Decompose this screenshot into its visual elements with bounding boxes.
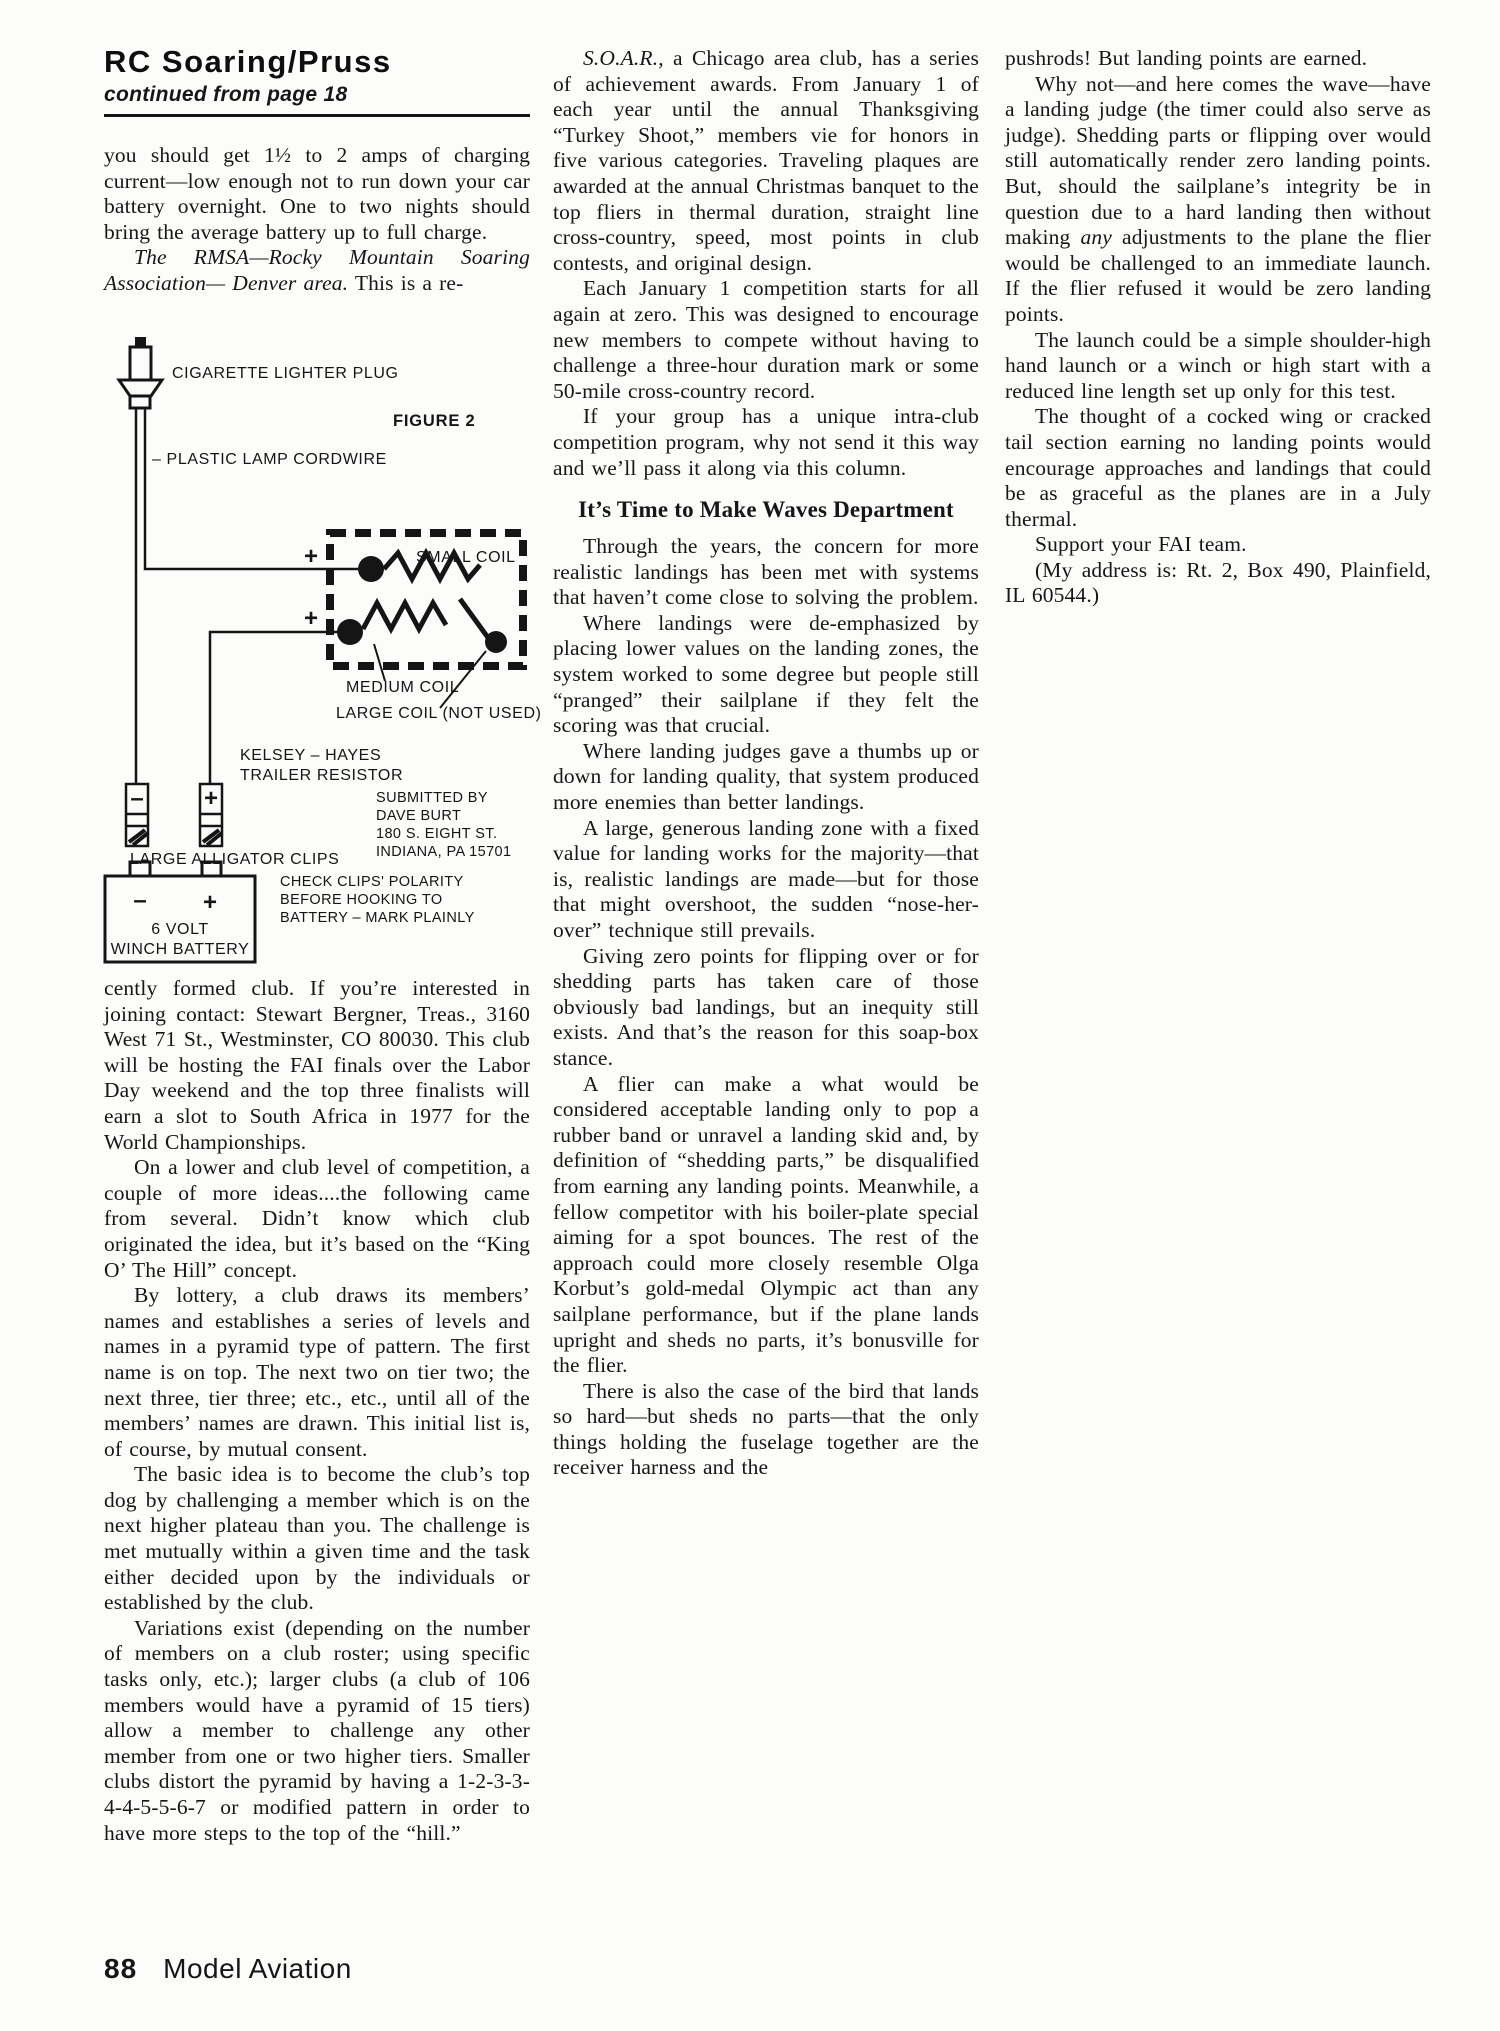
column-1-lower: cently formed club. If you’re interested…: [104, 976, 530, 1846]
article-title: RC Soaring/Pruss: [104, 44, 530, 80]
cordwire-label: – PLASTIC LAMP CORDWIRE: [152, 451, 387, 468]
submitted-by-line2: DAVE BURT: [376, 808, 461, 824]
paragraph: Support your FAI team.: [1005, 532, 1431, 558]
clip-minus-sign: –: [130, 785, 143, 812]
resistor-coils: [337, 553, 507, 653]
page-number: 88: [104, 1953, 137, 1984]
page-footer: 88Model Aviation: [104, 1953, 604, 1985]
check-polarity-line2: BEFORE HOOKING TO: [280, 892, 443, 908]
header-rule: [104, 114, 530, 117]
magazine-title: Model Aviation: [163, 1953, 352, 1984]
article-header: RC Soaring/Pruss continued from page 18: [104, 44, 530, 117]
paragraph: The launch could be a simple shoulder-hi…: [1005, 328, 1431, 405]
battery-label-line1: 6 VOLT: [151, 921, 209, 938]
check-polarity-line1: CHECK CLIPS' POLARITY: [280, 874, 464, 890]
paragraph: On a lower and club level of competition…: [104, 1155, 530, 1283]
italic-word: any: [1080, 225, 1112, 249]
cigarette-lighter-plug-symbol: [119, 337, 162, 408]
paragraph: you should get 1½ to 2 amps of charging …: [104, 143, 530, 245]
paragraph-text: a Chicago area club, has a series of ach…: [553, 46, 979, 275]
column-1-upper: you should get 1½ to 2 amps of charging …: [104, 143, 530, 297]
paragraph-text: This is a re-: [348, 271, 463, 295]
magazine-page: { "header": { "title": "RC Soaring/Pruss…: [0, 0, 1500, 2031]
resistor-label-line2: TRAILER RESISTOR: [240, 767, 403, 784]
plus-sign-top: +: [304, 543, 318, 570]
paragraph: Variations exist (depending on the numbe…: [104, 1616, 530, 1846]
column-3: pushrods! But landing points are earned.…: [1005, 46, 1431, 609]
paragraph: By lottery, a club draws its members’ na…: [104, 1283, 530, 1462]
paragraph: Giving zero points for flipping over or …: [553, 944, 979, 1072]
paragraph: Through the years, the concern for more …: [553, 534, 979, 611]
plug-label: CIGARETTE LIGHTER PLUG: [172, 365, 399, 382]
section-heading: It’s Time to Make Waves Department: [553, 497, 979, 523]
paragraph: If your group has a unique intra-club co…: [553, 404, 979, 481]
paragraph: pushrods! But landing points are earned.: [1005, 46, 1431, 72]
label-pointer-lines: [374, 644, 486, 708]
paragraph: S.O.A.R., a Chicago area club, has a ser…: [553, 46, 979, 276]
battery-minus-sign: –: [133, 887, 146, 914]
submitted-by-line4: INDIANA, PA 15701: [376, 844, 512, 860]
paragraph: The RMSA—Rocky Mountain Soaring Associat…: [104, 245, 530, 296]
paragraph: The basic idea is to become the club’s t…: [104, 1462, 530, 1616]
figure-2-diagram: CIGARETTE LIGHTER PLUG FIGURE 2 – PLASTI…: [88, 336, 558, 970]
large-coil-label: LARGE COIL (NOT USED): [336, 705, 542, 722]
medium-coil-label: MEDIUM COIL: [346, 679, 459, 696]
paragraph-text: Why not—and here comes the wave—have a l…: [1005, 72, 1431, 250]
small-coil-label: SMALL COIL: [416, 549, 516, 566]
alligator-clips-label: LARGE ALLIGATOR CLIPS: [130, 851, 339, 868]
paragraph: A flier can make a what would be conside…: [553, 1072, 979, 1379]
plus-sign-mid: +: [304, 605, 318, 632]
paragraph: Each January 1 competition starts for al…: [553, 276, 979, 404]
paragraph: cently formed club. If you’re interested…: [104, 976, 530, 1155]
paragraph-lead-italic: S.O.A.R.,: [583, 46, 664, 70]
paragraph: Where landing judges gave a thumbs up or…: [553, 739, 979, 816]
clip-plus-sign: +: [204, 785, 218, 812]
resistor-label-line1: KELSEY – HAYES: [240, 747, 381, 764]
submitted-by-line3: 180 S. EIGHT ST.: [376, 826, 497, 842]
circuit-diagram-svg: CIGARETTE LIGHTER PLUG FIGURE 2 – PLASTI…: [88, 336, 558, 970]
paragraph: (My address is: Rt. 2, Box 490, Plainfie…: [1005, 558, 1431, 609]
check-polarity-line3: BATTERY – MARK PLAINLY: [280, 910, 475, 926]
column-2: S.O.A.R., a Chicago area club, has a ser…: [553, 46, 979, 1481]
continued-from-note: continued from page 18: [104, 83, 530, 107]
paragraph: The thought of a cocked wing or cracked …: [1005, 404, 1431, 532]
paragraph: Where landings were de-emphasized by pla…: [553, 611, 979, 739]
paragraph: Why not—and here comes the wave—have a l…: [1005, 72, 1431, 328]
submitted-by-line1: SUBMITTED BY: [376, 790, 488, 806]
figure-caption: FIGURE 2: [393, 412, 476, 430]
battery-plus-sign: +: [203, 889, 217, 916]
battery-label-line2: WINCH BATTERY: [111, 941, 250, 958]
paragraph-lead-italic: The RMSA—Rocky Mountain Soaring Associat…: [104, 245, 530, 295]
paragraph: A large, generous landing zone with a fi…: [553, 816, 979, 944]
paragraph: There is also the case of the bird that …: [553, 1379, 979, 1481]
